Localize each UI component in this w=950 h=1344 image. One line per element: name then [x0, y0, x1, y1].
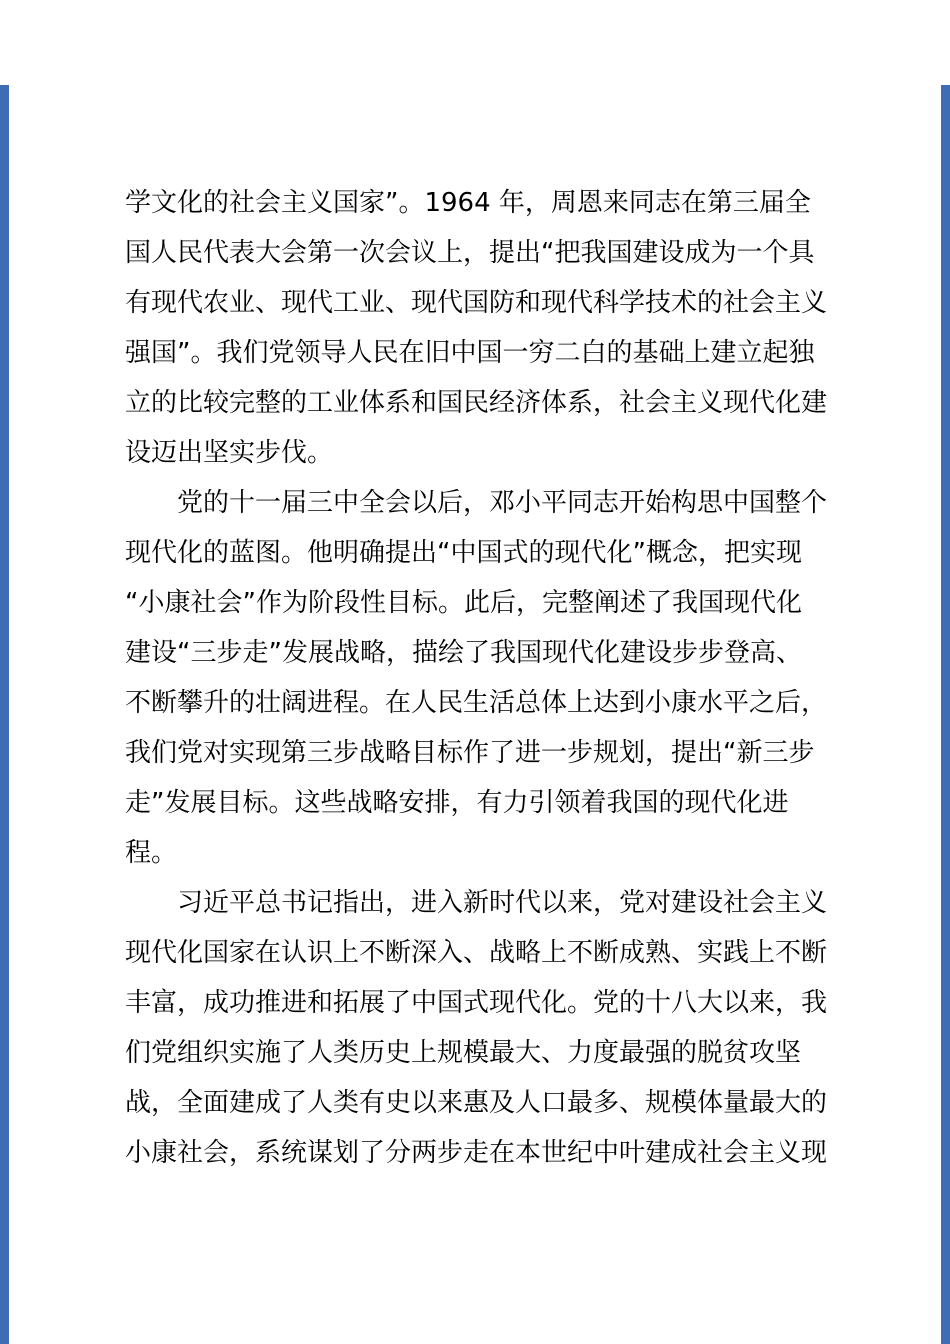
document-page: 学文化的社会主义国家”。1964 年，周恩来同志在第三届全国人民代表大会第一次会… [0, 0, 950, 1344]
text-line: 习近平总书记指出，进入新时代以来，党对建设社会主义 [125, 878, 831, 928]
text-line: 不断攀升的壮阔进程。在人民生活总体上达到小康水平之后， [125, 678, 831, 728]
text-line: 党的十一届三中全会以后，邓小平同志开始构思中国整个 [125, 478, 831, 528]
text-block: 学文化的社会主义国家”。1964 年，周恩来同志在第三届全国人民代表大会第一次会… [125, 178, 831, 1178]
text-line: 现代化的蓝图。他明确提出“中国式的现代化”概念，把实现 [125, 528, 831, 578]
text-line: 们党组织实施了人类历史上规模最大、力度最强的脱贫攻坚 [125, 1028, 831, 1078]
text-line: 建设“三步走”发展战略，描绘了我国现代化建设步步登高、 [125, 628, 831, 678]
page-edge-bar-right [941, 85, 950, 1344]
text-line: 强国”。我们党领导人民在旧中国一穷二白的基础上建立起独 [125, 328, 831, 378]
text-line: 国人民代表大会第一次会议上，提出“把我国建设成为一个具 [125, 228, 831, 278]
text-line: 走”发展目标。这些战略安排，有力引领着我国的现代化进 [125, 778, 831, 828]
text-line: 有现代农业、现代工业、现代国防和现代科学技术的社会主义 [125, 278, 831, 328]
text-line: “小康社会”作为阶段性目标。此后，完整阐述了我国现代化 [125, 578, 831, 628]
text-line: 战，全面建成了人类有史以来惠及人口最多、规模体量最大的 [125, 1078, 831, 1128]
text-line: 程。 [125, 828, 831, 878]
text-line: 小康社会，系统谋划了分两步走在本世纪中叶建成社会主义现 [125, 1128, 831, 1178]
text-line: 立的比较完整的工业体系和国民经济体系，社会主义现代化建 [125, 378, 831, 428]
page-edge-bar-left [0, 85, 9, 1344]
text-line: 现代化国家在认识上不断深入、战略上不断成熟、实践上不断 [125, 928, 831, 978]
text-line: 设迈出坚实步伐。 [125, 428, 831, 478]
text-line: 学文化的社会主义国家”。1964 年，周恩来同志在第三届全 [125, 178, 831, 228]
text-line: 丰富，成功推进和拓展了中国式现代化。党的十八大以来，我 [125, 978, 831, 1028]
text-line: 我们党对实现第三步战略目标作了进一步规划，提出“新三步 [125, 728, 831, 778]
